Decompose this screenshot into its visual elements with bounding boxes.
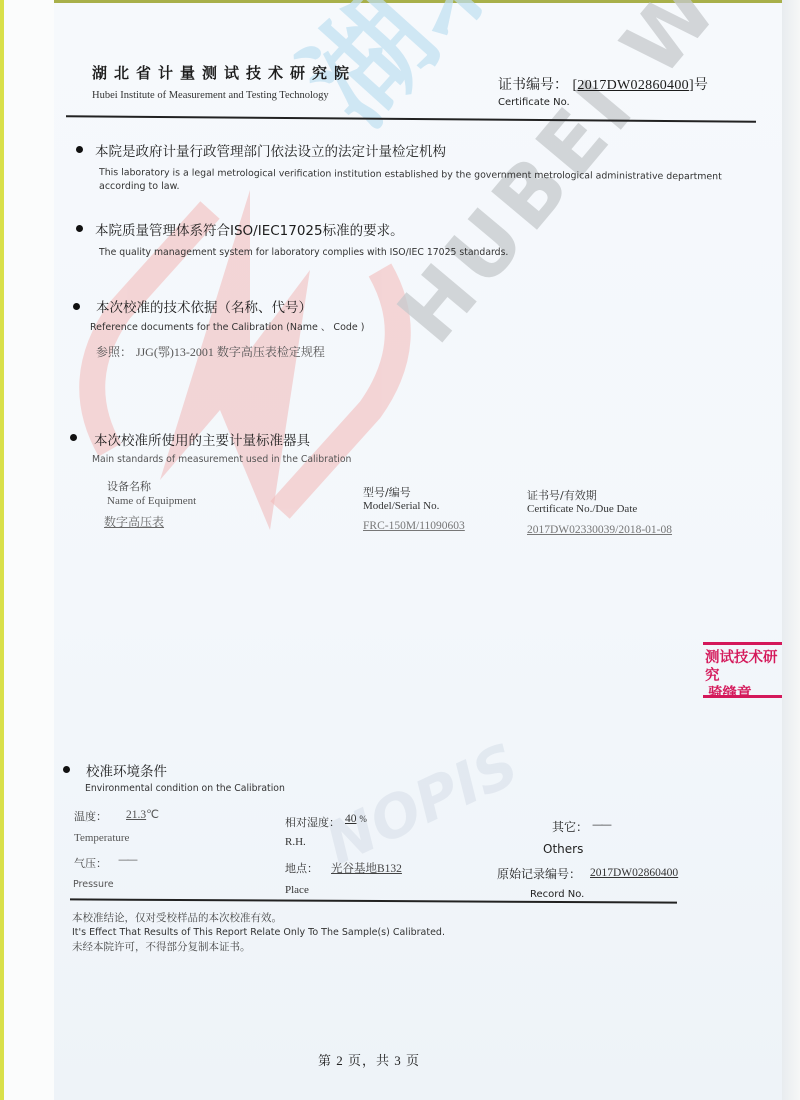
temperature-value: 21.3℃ (126, 807, 159, 821)
record-label-cn: 原始记录编号： (497, 865, 581, 882)
pressure-label-cn: 气压： (74, 855, 107, 871)
bullet-icon (70, 434, 77, 441)
temperature-label-cn: 温度： (74, 808, 107, 824)
note-validity-cn: 本校准结论，仅对受校样品的本次校准有效。 (72, 910, 282, 925)
equipment-cert-due: 2017DW02330039/2018-01-08 (527, 524, 672, 536)
equipment-name: 数字高压表 (104, 513, 164, 530)
institute-name-en: Hubei Institute of Measurement and Testi… (92, 90, 329, 101)
temperature-label-en: Temperature (74, 832, 129, 844)
quality-statement-cn: 本院质量管理体系符合ISO/IEC17025标准的要求。 (95, 219, 404, 239)
certificate-label-cn: 证书编号： (498, 77, 568, 93)
stamp-line-2: 骑缝章 (705, 685, 782, 698)
column-header-model-cn: 型号/编号 (363, 484, 411, 500)
humidity-number: 40 (345, 813, 357, 825)
temperature-number: 21.3 (126, 809, 146, 821)
environment-title-cn: 校准环境条件 (86, 760, 167, 780)
place-label-en: Place (285, 884, 309, 896)
reference-label: 参照： (96, 345, 132, 359)
humidity-value: 40 % (345, 813, 367, 825)
reference-value: JJG(鄂)13-2001 数字高压表检定规程 (136, 345, 325, 359)
others-label-en: Others (543, 842, 583, 856)
bullet-icon (76, 146, 83, 153)
reference-title-cn: 本次校准的技术依据（名称、代号） (96, 296, 312, 316)
temperature-unit: ℃ (146, 809, 159, 821)
humidity-label-en: R.H. (285, 836, 306, 848)
humidity-unit: % (359, 814, 367, 824)
place-value: 光谷基地B132 (331, 860, 402, 876)
certificate-label-en: Certificate No. (498, 97, 570, 108)
certificate-suffix: 号 (694, 77, 708, 93)
place-label-cn: 地点： (285, 860, 318, 876)
column-header-name-cn: 设备名称 (107, 478, 151, 494)
record-label-en: Record No. (530, 889, 584, 900)
environment-title-en: Environmental condition on the Calibrati… (85, 783, 285, 794)
note-validity-en: It's Effect That Results of This Report … (72, 927, 445, 938)
stamp-line-1: 测试技术研究 (705, 649, 782, 685)
column-header-name-en: Name of Equipment (107, 495, 196, 507)
binding-margin (4, 0, 54, 1100)
page-number: 第 2 页，共 3 页 (318, 1050, 420, 1069)
standards-title-en: Main standards of measurement used in th… (92, 454, 351, 465)
pressure-value: —— (118, 853, 136, 866)
bullet-icon (73, 303, 80, 310)
legal-statement-cn: 本院是政府计量行政管理部门依法设立的法定计量检定机构 (95, 140, 446, 160)
bullet-icon (63, 766, 70, 773)
equipment-model-serial: FRC-150M/11090603 (363, 520, 465, 532)
column-header-cert-en: Certificate No./Due Date (527, 503, 637, 515)
note-copy-cn: 未经本院许可，不得部分复制本证书。 (72, 939, 251, 954)
reference-document: 参照： JJG(鄂)13-2001 数字高压表检定规程 (96, 343, 325, 360)
quality-statement-en: The quality management system for labora… (99, 247, 508, 258)
others-value: —— (592, 818, 610, 831)
certificate-number: 证书编号： [2017DW02860400]号 (498, 74, 708, 94)
riding-seam-stamp: 测试技术研究 骑缝章 (703, 642, 782, 698)
bullet-icon (76, 225, 83, 232)
humidity-label-cn: 相对湿度： (285, 814, 340, 830)
column-header-cert-cn: 证书号/有效期 (527, 487, 597, 503)
others-label-cn: 其它： (552, 818, 588, 835)
record-value: 2017DW02860400 (590, 867, 678, 879)
scan-right-edge (782, 0, 800, 1100)
reference-title-en: Reference documents for the Calibration … (90, 319, 364, 333)
column-header-model-en: Model/Serial No. (363, 500, 439, 512)
legal-statement-en-2: according to law. (99, 181, 180, 192)
institute-name-cn: 湖北省计量测试技术研究院 (92, 62, 356, 83)
certificate-no-value: 2017DW02860400 (577, 78, 689, 93)
pressure-label-en: Pressure (73, 879, 114, 890)
standards-title-cn: 本次校准所使用的主要计量标准器具 (94, 429, 310, 449)
